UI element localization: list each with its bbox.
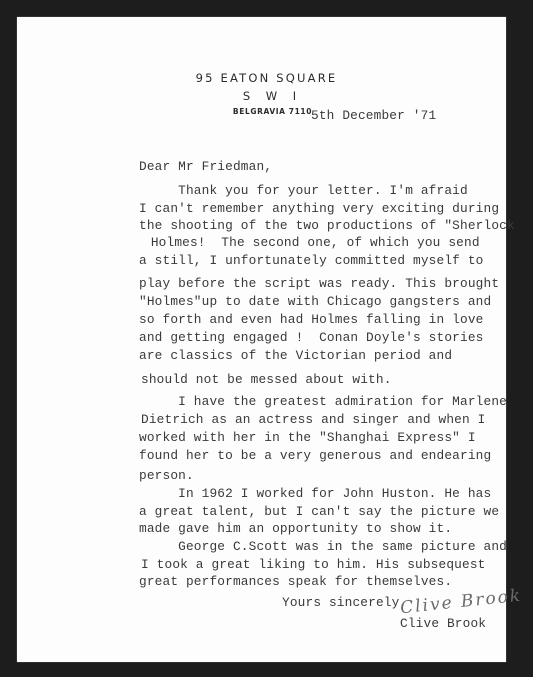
letter-body-line: I have the greatest admiration for Marle… xyxy=(139,396,507,409)
letter-body-line: Dietrich as an actress and singer and wh… xyxy=(141,414,486,427)
letter-body-line: George C.Scott was in the same picture a… xyxy=(139,541,507,554)
letter-date: 5th December '71 xyxy=(311,110,436,123)
letter-body-line: a still, I unfortunately committed mysel… xyxy=(139,255,484,268)
letter-closing: Yours sincerely, xyxy=(282,597,407,610)
letter-salutation: Dear Mr Friedman, xyxy=(139,161,272,174)
letter-body-line: found her to be a very generous and ende… xyxy=(139,450,491,463)
letter-body-line: I took a great liking to him. His subseq… xyxy=(141,559,486,572)
letter-body-line: Holmes! The second one, of which you sen… xyxy=(143,237,480,250)
letter-body-line: "Holmes"up to date with Chicago gangster… xyxy=(139,296,491,309)
letter-body-line: the shooting of the two productions of "… xyxy=(139,220,515,233)
letter-body-line: great performances speak for themselves. xyxy=(139,576,452,589)
letter-body-line: In 1962 I worked for John Huston. He has xyxy=(139,488,491,501)
letterhead-street: 95 EATON SQUARE xyxy=(193,71,340,85)
letter-body-line: I can't remember anything very exciting … xyxy=(139,203,499,216)
letter-body-line: a great talent, but I can't say the pict… xyxy=(139,506,499,519)
letter-body-line: so forth and even had Holmes falling in … xyxy=(139,314,484,327)
handwritten-signature: Clive Brook xyxy=(399,586,523,619)
letter-body-line: Thank you for your letter. I'm afraid xyxy=(139,185,468,198)
letter-body-line: play before the script was ready. This b… xyxy=(139,278,499,291)
letter-page: 95 EATON SQUARE S W I BELGRAVIA 7110 5th… xyxy=(17,17,506,662)
letter-body-line: should not be messed about with. xyxy=(141,374,392,387)
letterhead-district: S W I xyxy=(193,89,346,103)
letter-body-line: person. xyxy=(139,470,194,483)
letter-body-line: and getting engaged ! Conan Doyle's stor… xyxy=(139,332,484,345)
letter-body-line: worked with her in the "Shanghai Express… xyxy=(139,432,476,445)
letter-body-line: are classics of the Victorian period and xyxy=(139,350,452,363)
typed-signature: Clive Brook xyxy=(400,618,486,631)
letter-body-line: made gave him an opportunity to show it. xyxy=(139,523,452,536)
